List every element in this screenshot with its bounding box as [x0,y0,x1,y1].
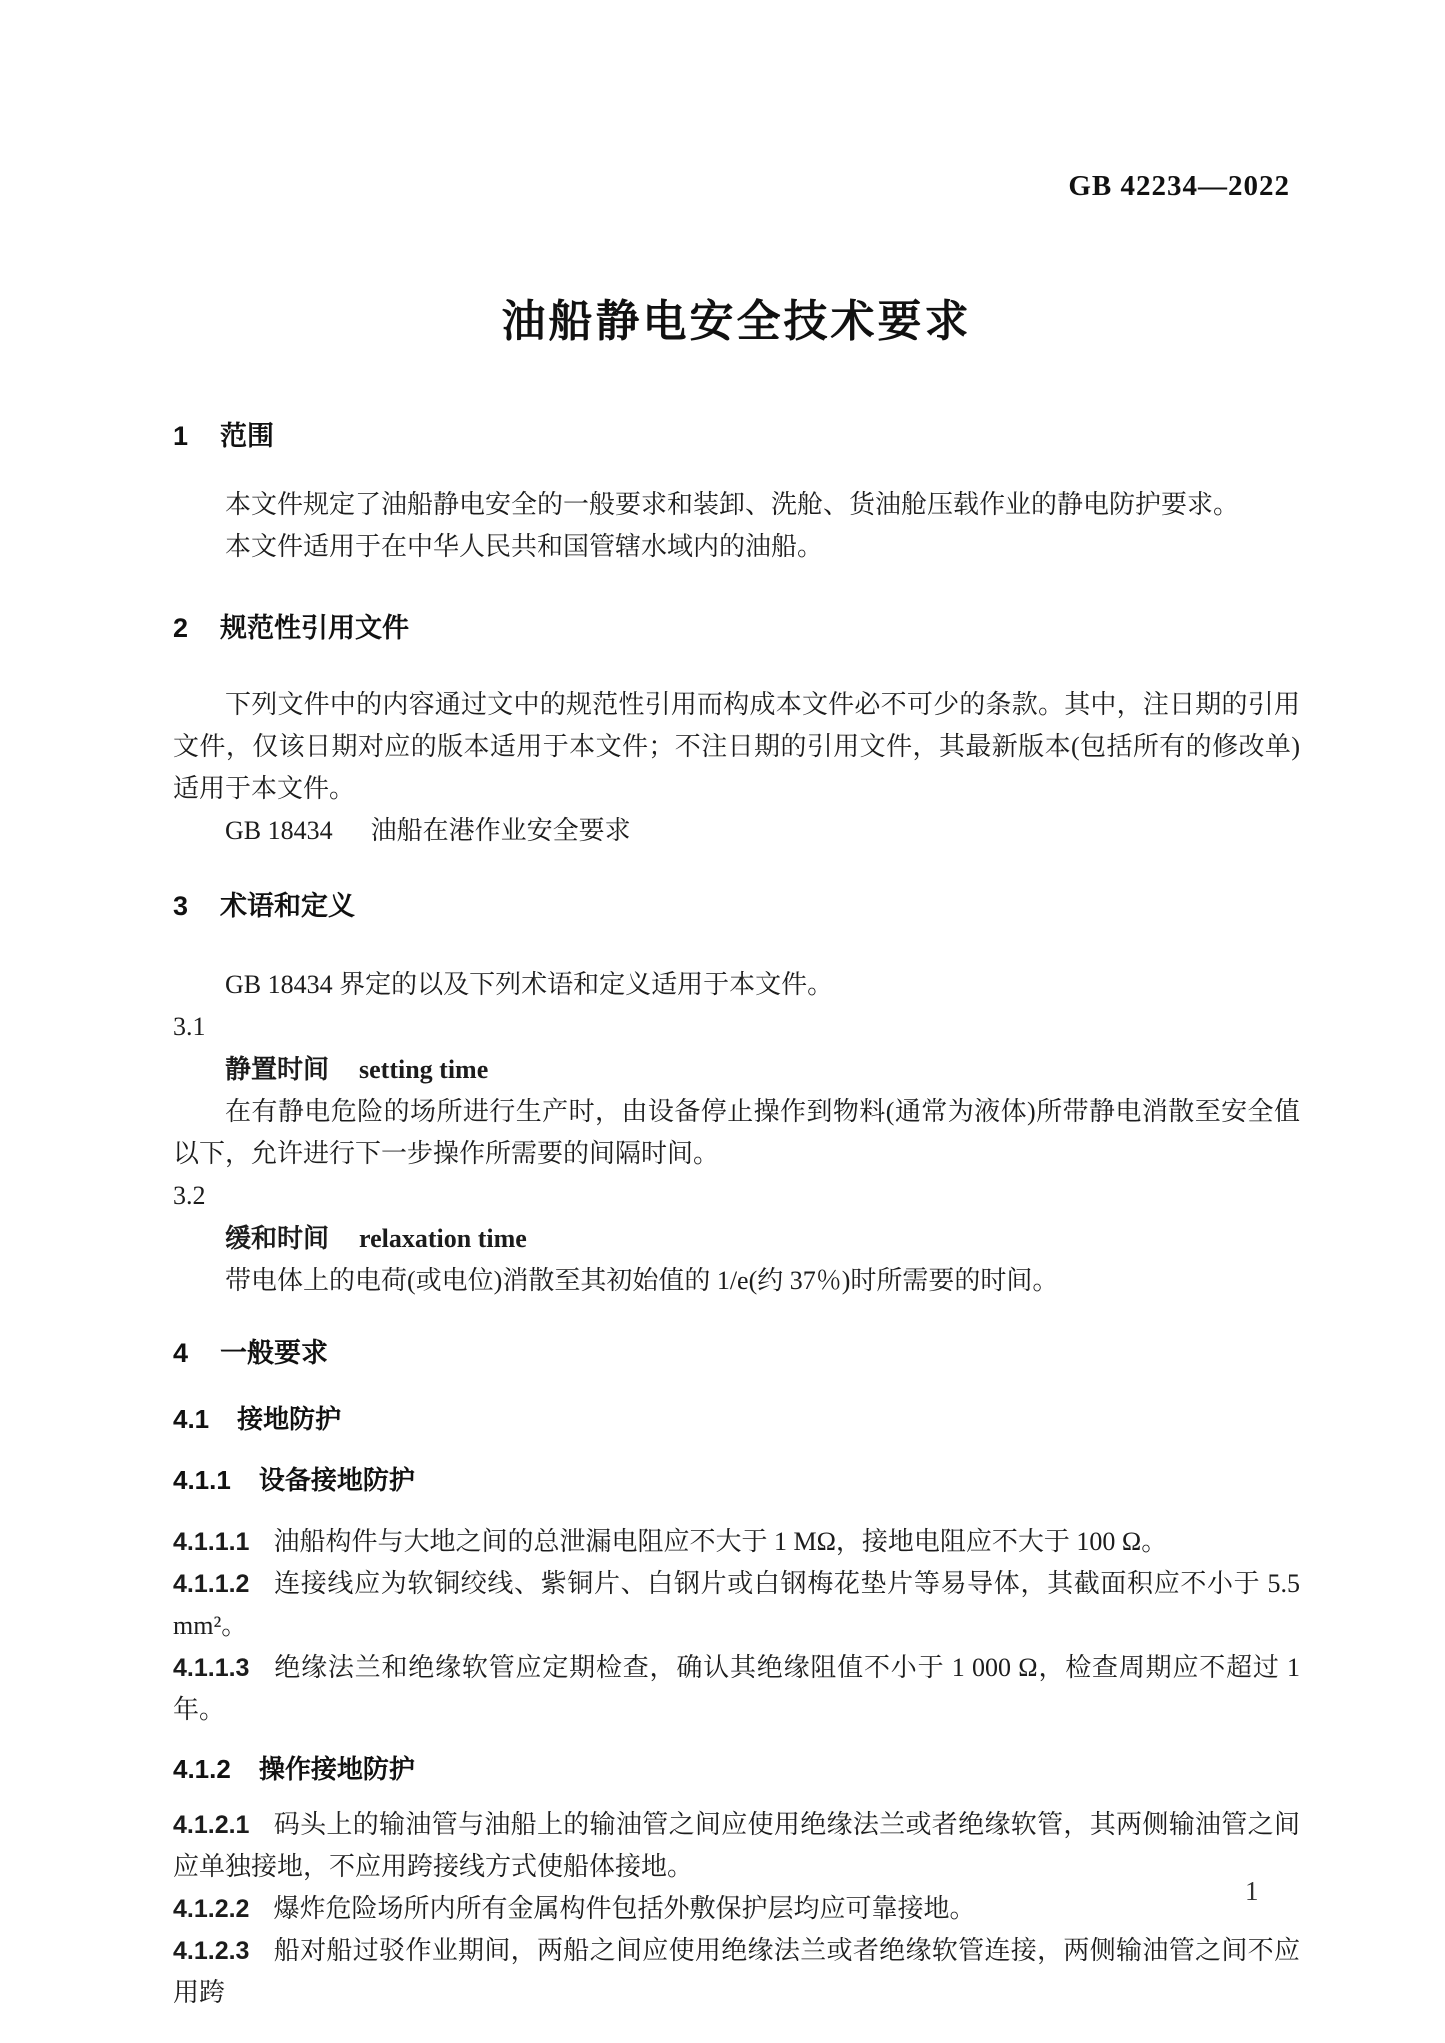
section-3-title: 术语和定义 [220,891,355,921]
term-1-number: 3.1 [173,1006,1300,1048]
normative-reference-entry: GB 18434油船在港作业安全要求 [173,810,1300,852]
section-4-1-number: 4.1 [173,1401,209,1437]
clause-4-1-2-3-number: 4.1.2.3 [173,1937,249,1965]
clause-4-1-2-3-text: 船对船过驳作业期间，两船之间应使用绝缘法兰或者绝缘软管连接，两侧输油管之间不应用… [173,1936,1300,2007]
terms-intro: GB 18434 界定的以及下列术语和定义适用于本文件。 [173,964,1300,1006]
clause-4-1-1-1-text: 油船构件与大地之间的总泄漏电阻应不大于 1 MΩ，接地电阻应不大于 100 Ω。 [273,1527,1167,1556]
scope-paragraph-2: 本文件适用于在中华人民共和国管辖水域内的油船。 [173,526,1300,568]
clause-4-1-1-2-number: 4.1.1.2 [173,1570,249,1598]
section-3-heading: 3术语和定义 [173,888,1300,924]
term-2-number: 3.2 [173,1175,1300,1217]
section-4-title: 一般要求 [220,1338,328,1368]
clause-4-1-1-1: 4.1.1.1油船构件与大地之间的总泄漏电阻应不大于 1 MΩ，接地电阻应不大于… [173,1521,1300,1563]
standard-number: GB 42234—2022 [173,172,1300,200]
term-2-entry: 缓和时间relaxation time [173,1217,1300,1260]
document-title: 油船静电安全技术要求 [173,296,1300,348]
term-1-entry: 静置时间setting time [173,1048,1300,1091]
term-2-definition: 带电体上的电荷(或电位)消散至其初始值的 1/e(约 37％)时所需要的时间。 [173,1260,1300,1302]
section-1-number: 1 [173,418,188,454]
clause-4-1-2-1-text: 码头上的输油管与油船上的输油管之间应使用绝缘法兰或者绝缘软管，其两侧输油管之间应… [173,1810,1300,1881]
clause-4-1-2-3: 4.1.2.3船对船过驳作业期间，两船之间应使用绝缘法兰或者绝缘软管连接，两侧输… [173,1930,1300,2014]
section-4-1-2-number: 4.1.2 [173,1751,231,1787]
term-2-english: relaxation time [359,1224,527,1253]
section-1-title: 范围 [220,421,274,451]
normative-refs-paragraph: 下列文件中的内容通过文中的规范性引用而构成本文件必不可少的条款。其中，注日期的引… [173,684,1300,810]
scope-paragraph-1: 本文件规定了油船静电安全的一般要求和装卸、洗舱、货油舱压载作业的静电防护要求。 [173,484,1300,526]
term-1-english: setting time [359,1055,488,1084]
section-1-heading: 1范围 [173,418,1300,454]
section-3-number: 3 [173,888,188,924]
document-page: GB 42234—2022 油船静电安全技术要求 1范围 本文件规定了油船静电安… [0,0,1445,2043]
section-4-1-1-title: 设备接地防护 [259,1465,415,1495]
clause-4-1-1-3-number: 4.1.1.3 [173,1654,249,1682]
clause-4-1-2-2-text: 爆炸危险场所内所有金属构件包括外敷保护层均应可靠接地。 [273,1894,975,1923]
clause-4-1-1-2-text: 连接线应为软铜绞线、紫铜片、白钢片或白钢梅花垫片等易导体，其截面积应不小于 5.… [173,1569,1300,1640]
clause-4-1-2-1-number: 4.1.2.1 [173,1811,249,1839]
section-4-1-2-heading: 4.1.2操作接地防护 [173,1751,1300,1787]
section-4-heading: 4一般要求 [173,1335,1300,1371]
section-4-1-heading: 4.1接地防护 [173,1401,1300,1437]
document-content: GB 42234—2022 油船静电安全技术要求 1范围 本文件规定了油船静电安… [173,0,1300,2014]
section-4-1-title: 接地防护 [237,1404,341,1434]
section-4-1-2-title: 操作接地防护 [259,1754,415,1784]
clause-4-1-1-3-text: 绝缘法兰和绝缘软管应定期检查，确认其绝缘阻值不小于 1 000 Ω，检查周期应不… [173,1653,1300,1724]
section-2-number: 2 [173,610,188,646]
term-2-chinese: 缓和时间 [225,1223,329,1253]
section-2-title: 规范性引用文件 [220,613,409,643]
section-2-heading: 2规范性引用文件 [173,610,1300,646]
reference-title: 油船在港作业安全要求 [371,816,631,845]
clause-4-1-2-2-number: 4.1.2.2 [173,1895,249,1923]
term-1-chinese: 静置时间 [225,1054,329,1084]
reference-code: GB 18434 [225,816,333,845]
clause-4-1-1-3: 4.1.1.3绝缘法兰和绝缘软管应定期检查，确认其绝缘阻值不小于 1 000 Ω… [173,1647,1300,1731]
clause-4-1-2-2: 4.1.2.2爆炸危险场所内所有金属构件包括外敷保护层均应可靠接地。 [173,1888,1300,1930]
section-4-1-1-heading: 4.1.1设备接地防护 [173,1462,1300,1498]
clause-4-1-1-2: 4.1.1.2连接线应为软铜绞线、紫铜片、白钢片或白钢梅花垫片等易导体，其截面积… [173,1563,1300,1647]
clause-4-1-2-1: 4.1.2.1码头上的输油管与油船上的输油管之间应使用绝缘法兰或者绝缘软管，其两… [173,1804,1300,1888]
clause-4-1-1-1-number: 4.1.1.1 [173,1528,249,1556]
page-number: 1 [1245,1870,1259,1912]
section-4-number: 4 [173,1335,188,1371]
section-4-1-1-number: 4.1.1 [173,1462,231,1498]
term-1-definition: 在有静电危险的场所进行生产时，由设备停止操作到物料(通常为液体)所带静电消散至安… [173,1091,1300,1175]
